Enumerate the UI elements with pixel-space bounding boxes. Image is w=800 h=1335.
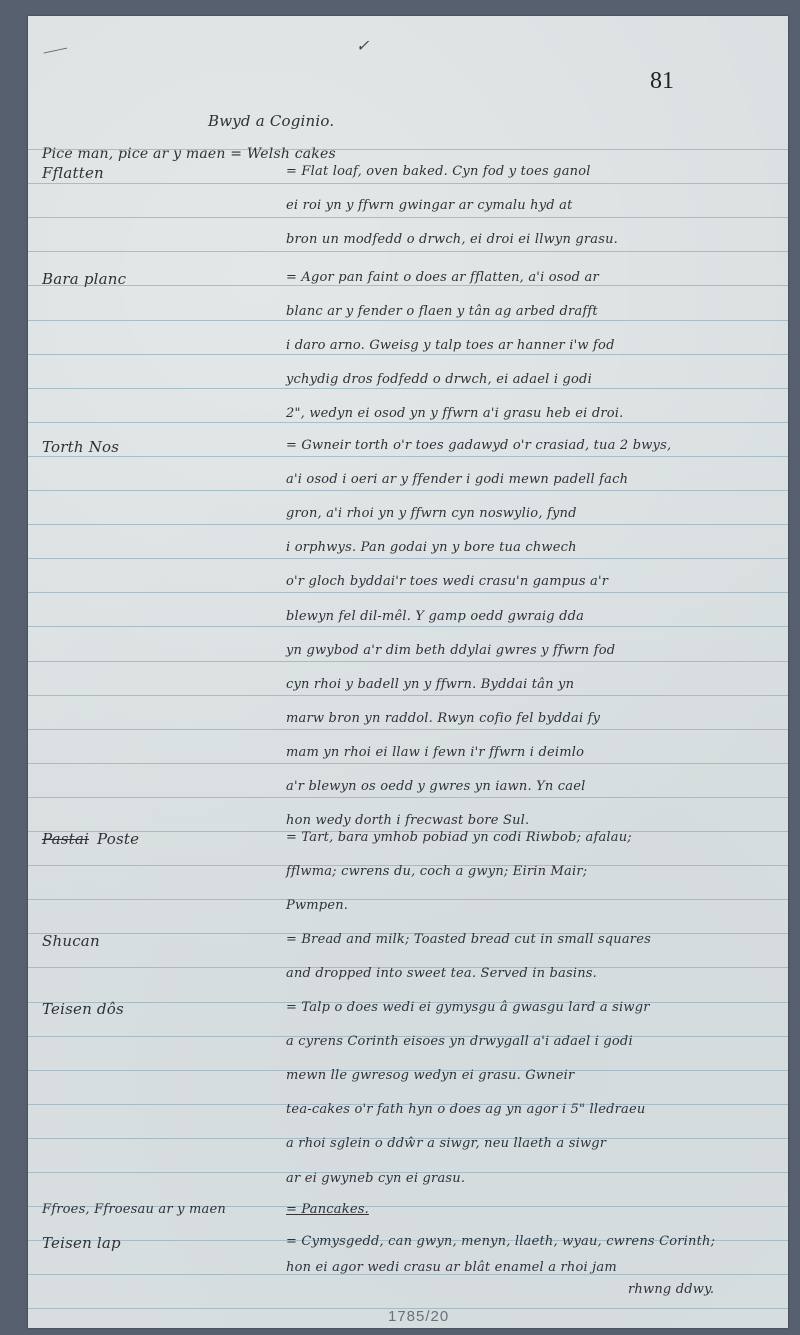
entry-text-line: blewyn fel dil-mêl. Y gamp oedd gwraig d… <box>286 609 584 624</box>
pencil-mark <box>44 48 69 60</box>
ruled-line <box>28 217 788 218</box>
ruled-line <box>28 729 788 730</box>
entry-label-text: Shucan <box>42 932 100 950</box>
entry-text-line: ar ei gwyneb cyn ei grasu. <box>286 1171 465 1186</box>
ruled-line <box>28 558 788 559</box>
entry-text-line: cyn rhoi y badell yn y ffwrn. Byddai tân… <box>286 677 574 692</box>
ruled-line <box>28 524 788 525</box>
ruled-line <box>28 456 788 457</box>
entry-text-line: = Bread and milk; Toasted bread cut in s… <box>286 932 651 947</box>
struck-label: Pastai <box>42 830 89 848</box>
entry-label: Teisen lap <box>42 1234 121 1252</box>
ruled-line <box>28 183 788 184</box>
entry-text-line: hon wedy dorth i frecwast bore Sul. <box>286 813 529 828</box>
ruled-line <box>28 388 788 389</box>
entry-text-line: mam yn rhoi ei llaw i fewn i'r ffwrn i d… <box>286 745 584 760</box>
entry-label: Teisen dôs <box>42 1000 124 1018</box>
entry-text-line: = Cymysgedd, can gwyn, menyn, llaeth, wy… <box>286 1234 715 1249</box>
entry-text-line: Pwmpen. <box>286 898 348 913</box>
entry-text-line: a'i osod i oeri ar y ffender i godi mewn… <box>286 472 628 487</box>
entry-text-line: mewn lle gwresog wedyn ei grasu. Gwneir <box>286 1068 574 1083</box>
entry-text-line: = Talp o does wedi ei gymysgu â gwasgu l… <box>286 1000 650 1015</box>
intro-line: Pice man, pice ar y maen = Welsh cakes <box>42 146 336 162</box>
entry-label-text: Teisen dôs <box>42 1000 124 1018</box>
entry-text-line: tea-cakes o'r fath hyn o does ag yn agor… <box>286 1102 645 1117</box>
entry-text-line: gron, a'i rhoi yn y ffwrn cyn noswylio, … <box>286 506 577 521</box>
entry-text-line: fflwma; cwrens du, coch a gwyn; Eirin Ma… <box>286 864 587 879</box>
entry-text-line: = Gwneir torth o'r toes gadawyd o'r cras… <box>286 438 671 453</box>
entry-text-line: ei roi yn y ffwrn gwingar ar cymalu hyd … <box>286 198 573 213</box>
entry-label-text: Bara planc <box>42 270 126 288</box>
entry-label-text: Torth Nos <box>42 438 119 456</box>
entry-text-line: a'r blewyn os oedd y gwres yn iawn. Yn c… <box>286 779 585 794</box>
entry-text-line: 2", wedyn ei osod yn y ffwrn a'i grasu h… <box>286 406 624 421</box>
page-number: 81 <box>650 68 674 95</box>
entry-text-line: hon ei agor wedi crasu ar blât enamel a … <box>286 1260 617 1275</box>
ruled-line <box>28 490 788 491</box>
page-title: Bwyd a Coginio. <box>208 112 334 130</box>
ruled-line <box>28 797 788 798</box>
entry-text-line: i daro arno. Gweisg y talp toes ar hanne… <box>286 338 615 353</box>
entry-text-line: = Flat loaf, oven baked. Cyn fod y toes … <box>286 164 591 179</box>
archive-number: 1785/20 <box>388 1308 449 1325</box>
entry-label: PastaiPoste <box>42 830 139 848</box>
check-mark: ✓ <box>356 36 369 55</box>
entry-label: Bara planc <box>42 270 126 288</box>
ruled-line <box>28 763 788 764</box>
entry-text-line: marw bron yn raddol. Rwyn cofio fel bydd… <box>286 711 600 726</box>
ruled-line <box>28 626 788 627</box>
entry-label-text: Poste <box>97 830 139 848</box>
entry-text-line: = Pancakes. <box>286 1202 369 1217</box>
ruled-line <box>28 592 788 593</box>
entry-text-line: a cyrens Corinth eisoes yn drwygall a'i … <box>286 1034 633 1049</box>
ruled-line <box>28 661 788 662</box>
ruled-line <box>28 354 788 355</box>
entry-text-line: a rhoi sglein o ddŵr a siwgr, neu llaeth… <box>286 1136 606 1151</box>
entry-label-text: Teisen lap <box>42 1234 121 1252</box>
ruled-line <box>28 695 788 696</box>
entry-label: Ffroes, Ffroesau ar y maen <box>42 1202 226 1217</box>
entry-text-line: = Agor pan faint o does ar fflatten, a'i… <box>286 270 599 285</box>
entry-text-line: i orphwys. Pan godai yn y bore tua chwec… <box>286 540 577 555</box>
ruled-line <box>28 285 788 286</box>
entry-text-line: ychydig dros fodfedd o drwch, ei adael i… <box>286 372 592 387</box>
ruled-line <box>28 251 788 252</box>
entry-text-line: bron un modfedd o drwch, ei droi ei llwy… <box>286 232 618 247</box>
entry-text-line: o'r gloch byddai'r toes wedi crasu'n gam… <box>286 574 608 589</box>
manuscript-page: ✓ 81 Bwyd a Coginio. Pice man, pice ar y… <box>28 16 788 1328</box>
entry-text-line: rhwng ddwy. <box>628 1282 714 1297</box>
entry-label: Shucan <box>42 932 100 950</box>
entry-text-line: blanc ar y fender o flaen y tân ag arbed… <box>286 304 598 319</box>
ruled-line <box>28 320 788 321</box>
entry-text-line: yn gwybod a'r dim beth ddylai gwres y ff… <box>286 643 615 658</box>
entry-label: Fflatten <box>42 164 104 182</box>
entry-label-text: Fflatten <box>42 164 104 182</box>
ruled-line <box>28 422 788 423</box>
entry-label: Torth Nos <box>42 438 119 456</box>
entry-text-line: = Tart, bara ymhob pobiad yn codi Riwbob… <box>286 830 632 845</box>
entry-label-text: Ffroes, Ffroesau ar y maen <box>42 1202 226 1217</box>
entry-text-line: and dropped into sweet tea. Served in ba… <box>286 966 597 981</box>
ruled-line <box>28 899 788 900</box>
